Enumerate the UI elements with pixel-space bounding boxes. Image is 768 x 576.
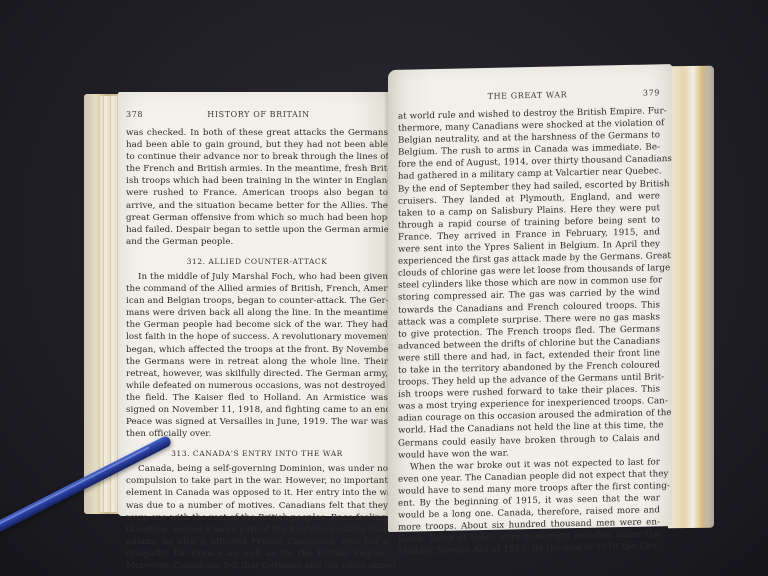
text-line: while defeated on numerous occasions, wa…: [126, 380, 388, 392]
text-line: compulsion to take part in the war. Howe…: [126, 475, 388, 487]
text-line: Moreover, Canadians felt that Germany an…: [126, 560, 388, 572]
right-page-text: THE GREAT WAR 379 at world rule and wish…: [398, 88, 660, 558]
section-313-body: Canada, being a self-governing Dominion,…: [126, 463, 388, 572]
text-line: were one with the rest of the British pe…: [126, 512, 388, 524]
text-line: the French and British armies. In the me…: [126, 163, 388, 175]
text-line: was checked. In both of these great atta…: [126, 127, 388, 139]
text-line: ican and Belgian troops, began to counte…: [126, 295, 388, 307]
text-line: therefore, moved a large part of the Eng…: [126, 524, 388, 536]
section-312-heading: 312. ALLIED COUNTER-ATTACK: [126, 257, 388, 266]
left-paragraph-1: was checked. In both of these great atta…: [126, 127, 388, 248]
text-line: mans were driven back all along the line…: [126, 307, 388, 319]
section-313-heading: 313. CANADA'S ENTRY INTO THE WAR: [126, 449, 388, 458]
text-line: Peace was signed at Versailles in June, …: [126, 416, 388, 428]
open-book: 378 HISTORY OF BRITAIN was checked. In b…: [0, 0, 768, 576]
text-line: began, which affected the troops at the …: [126, 344, 388, 356]
page-stack-left: [100, 96, 120, 512]
text-line: sympathy for France as well as for the B…: [126, 548, 388, 560]
text-line: adians. So also it affected French Canad…: [126, 536, 388, 548]
text-line: were rushed to France. American troops a…: [126, 187, 388, 199]
text-line: to continue their advance nor to break t…: [126, 151, 388, 163]
text-line: In the middle of July Marshal Foch, who …: [126, 271, 388, 283]
right-running-title: THE GREAT WAR: [412, 89, 643, 103]
text-line: had failed. Despair began to settle upon…: [126, 224, 388, 236]
text-line: had been able to gain ground, but they h…: [126, 139, 388, 151]
right-running-head: THE GREAT WAR 379: [398, 88, 660, 102]
text-line: Canada, being a self-governing Dominion,…: [126, 463, 388, 475]
left-running-head: 378 HISTORY OF BRITAIN: [126, 110, 388, 119]
text-line: and the German people.: [126, 236, 388, 248]
left-page-number: 378: [126, 110, 143, 119]
text-line: signed on November 11, 1918, and fightin…: [126, 404, 388, 416]
left-running-title: HISTORY OF BRITAIN: [143, 110, 374, 119]
right-paragraph-2: When the war broke out it was not expect…: [398, 456, 660, 558]
text-line: element in Canada was opposed to it. Her…: [126, 487, 388, 499]
right-page: THE GREAT WAR 379 at world rule and wish…: [388, 64, 672, 532]
left-page-text: 378 HISTORY OF BRITAIN was checked. In b…: [126, 110, 388, 572]
text-line: the German people had become sick of the…: [126, 319, 388, 331]
right-paragraph-1: at world rule and wished to destroy the …: [398, 105, 660, 461]
text-line: the Germans were in retreat along the wh…: [126, 356, 388, 368]
text-line: retreat, however, was skilfully directed…: [126, 368, 388, 380]
text-line: great German offensive from which so muc…: [126, 212, 388, 224]
section-312-body: In the middle of July Marshal Foch, who …: [126, 271, 388, 440]
right-page-number: 379: [643, 88, 660, 97]
book-cover-right-edge: [668, 66, 714, 528]
text-line: lost faith in the hope of success. A rev…: [126, 331, 388, 343]
text-line: the field. The Kaiser fled to Holland. A…: [126, 392, 388, 404]
left-page: 378 HISTORY OF BRITAIN was checked. In b…: [118, 92, 394, 516]
text-line: ish troops which had been training in th…: [126, 175, 388, 187]
text-line: arrive, and the situation became better …: [126, 200, 388, 212]
text-line: the command of the Allied armies of Brit…: [126, 283, 388, 295]
text-line: was due to a number of motives. Canadian…: [126, 500, 388, 512]
